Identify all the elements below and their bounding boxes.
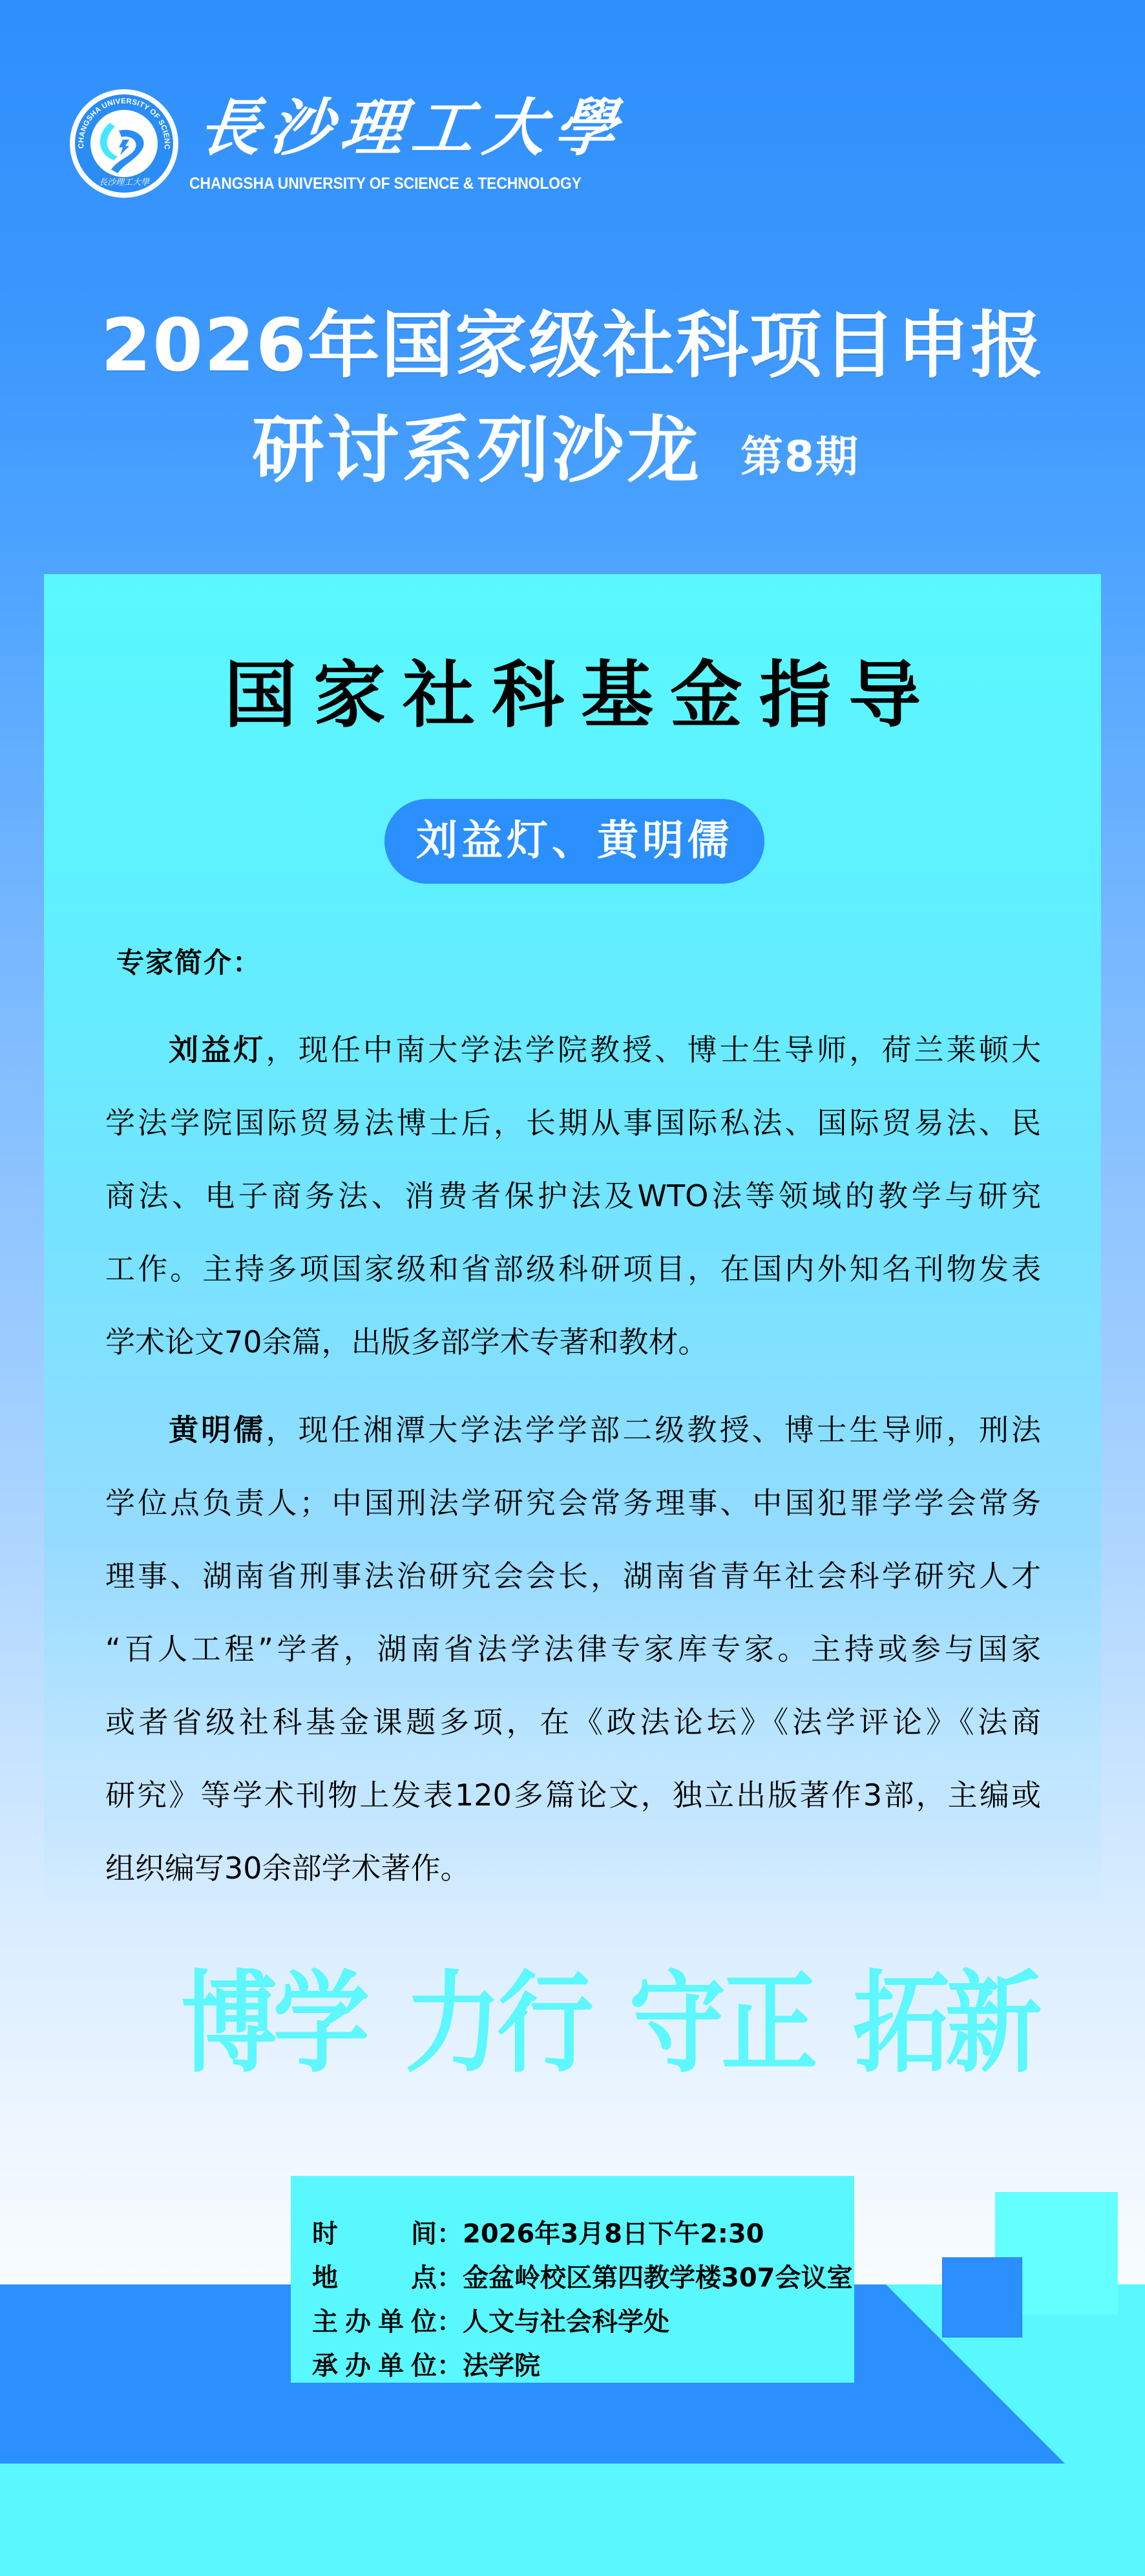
info-value: 法学院 bbox=[463, 2351, 540, 2381]
bio-line: 学法学院国际贸易法博士后，长期从事国际私法、国际贸易法、民 bbox=[105, 1087, 1041, 1160]
event-info-box: 时间：2026年3月8日下午2:30 地点：金盆岭校区第四教学楼307会议室 主… bbox=[291, 2176, 854, 2383]
motto-word: 力行 bbox=[405, 1959, 589, 2088]
info-row-host: 承办单位：法学院 bbox=[312, 2344, 854, 2388]
main-title-line1: 2026年国家级社科项目申报 bbox=[0, 304, 1145, 388]
bio-line: 组织编写30余部学术著作。 bbox=[105, 1832, 1041, 1905]
university-name-en: CHANGSHA UNIVERSITY OF SCIENCE & TECHNOL… bbox=[189, 175, 498, 193]
bio-line: 工作。主持多项国家级和省部级科研项目，在国内外知名刊物发表 bbox=[105, 1233, 1041, 1306]
bio-line: 学位点负责人；中国刑法学研究会常务理事、中国犯罪学学会常务 bbox=[105, 1467, 1041, 1540]
info-key: 时间 bbox=[312, 2212, 437, 2256]
bio-line: 黄明儒，现任湘潭大学法学学部二级教授、博士生导师，刑法 bbox=[105, 1394, 1041, 1467]
bio-line: “百人工程”学者，湖南省法学法律专家库专家。主持或参与国家 bbox=[105, 1613, 1041, 1686]
info-key: 主办单位 bbox=[312, 2300, 437, 2344]
expert-name: 刘益灯 bbox=[169, 1032, 266, 1067]
expert-name: 黄明儒 bbox=[169, 1412, 266, 1447]
info-value: 人文与社会科学处 bbox=[463, 2307, 669, 2337]
info-value: 2026年3月8日下午2:30 bbox=[463, 2219, 764, 2249]
info-row-location: 地点：金盆岭校区第四教学楼307会议室 bbox=[312, 2256, 854, 2300]
card-title: 国家社科基金指导 bbox=[44, 650, 1101, 741]
seal-icon: CHANGSHA UNIVERSITY OF SCIENCE & TECHNOL… bbox=[70, 89, 178, 198]
decor-square-blue bbox=[942, 2257, 1022, 2337]
series-title: 研讨系列沙龙 bbox=[252, 409, 702, 493]
motto-word: 守正 bbox=[629, 1959, 813, 2088]
issue-number: 第8期 bbox=[741, 421, 859, 493]
bio-heading: 专家简介： bbox=[116, 944, 262, 983]
speakers-badge: 刘益灯、黄明儒 bbox=[384, 799, 764, 884]
bio-line: 刘益灯，现任中南大学法学院教授、博士生导师，荷兰莱顿大 bbox=[105, 1014, 1041, 1087]
university-name-cn: 長沙理工大學 bbox=[195, 90, 539, 165]
bio-line: 研究》等学术刊物上发表120多篇论文，独立出版著作3部，主编或 bbox=[105, 1759, 1041, 1832]
info-row-organizer: 主办单位：人文与社会科学处 bbox=[312, 2300, 854, 2344]
bio-paragraph-huang: 黄明儒，现任湘潭大学法学学部二级教授、博士生导师，刑法 学位点负责人；中国刑法学… bbox=[105, 1394, 1041, 1905]
bio-line: 或者省级社科基金课题多项，在《政法论坛》《法学评论》《法商 bbox=[105, 1686, 1041, 1759]
info-key: 承办单位 bbox=[312, 2344, 437, 2388]
motto-word: 拓新 bbox=[853, 1959, 1037, 2088]
university-motto: 博学力行守正拓新 bbox=[181, 1959, 875, 2088]
bio-paragraph-liu: 刘益灯，现任中南大学法学院教授、博士生导师，荷兰莱顿大 学法学院国际贸易法博士后… bbox=[105, 1014, 1041, 1379]
university-seal-logo: CHANGSHA UNIVERSITY OF SCIENCE & TECHNOL… bbox=[70, 89, 178, 198]
motto-word: 博学 bbox=[181, 1959, 365, 2088]
bio-line: 学术论文70余篇，出版多部学术专著和教材。 bbox=[105, 1306, 1041, 1379]
bio-line: 理事、湖南省刑事法治研究会会长，湖南省青年社会科学研究人才 bbox=[105, 1540, 1041, 1613]
svg-text:長沙理工大學: 長沙理工大學 bbox=[99, 178, 150, 187]
info-value: 金盆岭校区第四教学楼307会议室 bbox=[463, 2263, 853, 2293]
info-key: 地点 bbox=[312, 2256, 437, 2300]
bio-line: 商法、电子商务法、消费者保护法及WTO法等领域的教学与研究 bbox=[105, 1160, 1041, 1233]
main-title-line2: 研讨系列沙龙第8期 bbox=[252, 409, 859, 493]
info-row-time: 时间：2026年3月8日下午2:30 bbox=[312, 2212, 854, 2256]
